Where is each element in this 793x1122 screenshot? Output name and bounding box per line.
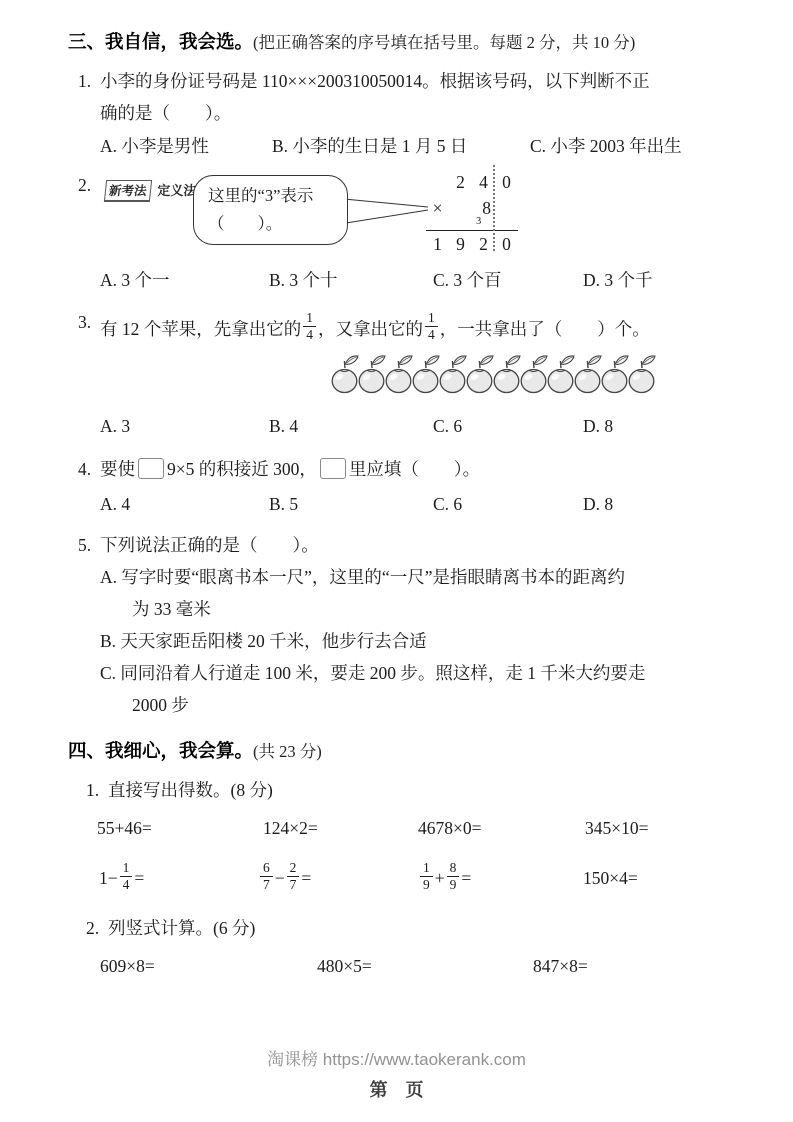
apple-icon <box>600 352 630 407</box>
question-3-seg3: ，一共拿出了（ ）个。 <box>440 316 650 341</box>
calc-row-3: 609×8= 480×5= 847×8= <box>68 950 743 982</box>
section4-q1-label: 1. 直接写出得数。(8 分) <box>68 774 743 806</box>
option-b: B. 小李的生日是 1 月 5 日 <box>272 131 530 161</box>
option-d: D. 3 个千 <box>583 265 743 295</box>
calc-expression: 609×8= <box>100 950 317 982</box>
question-3: 3. 有 12 个苹果，先拿出它的 14 ，又拿出它的 14 ，一共拿出了（ ）… <box>68 305 743 441</box>
apple-icon <box>330 352 360 407</box>
calc-expression: 124×2= <box>263 812 418 844</box>
calc-expression: 67−27= <box>258 862 418 894</box>
calc-expression: 55+46= <box>97 812 263 844</box>
blank-box <box>320 458 346 479</box>
apple-icon <box>546 352 576 407</box>
question-3-options: A. 3 B. 4 C. 6 D. 8 <box>68 411 743 441</box>
calc-expression: 345×10= <box>585 812 743 844</box>
calc-expression: 4678×0= <box>418 812 585 844</box>
mult-digit: 0 <box>495 231 518 257</box>
option-b: B. 4 <box>269 411 433 441</box>
mult-digit: 4 <box>472 169 495 195</box>
section3-subtitle: (把正确答案的序号填在括号里。每题 2 分，共 10 分) <box>253 33 635 52</box>
question-4-seg3: 里应填（ ）。 <box>349 459 480 479</box>
fraction: 19 <box>420 860 433 892</box>
question-3-seg1: 有 12 个苹果，先拿出它的 <box>100 316 301 341</box>
option-a: A. 小李是男性 <box>100 131 272 161</box>
option-d: D. 8 <box>583 489 743 519</box>
section4-subtitle: (共 23 分) <box>253 742 322 761</box>
question-5-option-a-line1: A. 写字时要“眼离书本一尺”，这里的“一尺”是指眼睛离书本的距离约 <box>68 561 743 593</box>
question-1: 1. 小李的身份证号码是 110×××200310050014。根据该号码，以下… <box>68 65 743 161</box>
apple-icon <box>519 352 549 407</box>
question-5-stem: 下列说法正确的是（ ）。 <box>100 535 319 555</box>
multiplication-work: 2 4 0 × 38 1 9 2 0 <box>426 169 518 257</box>
question-4-options: A. 4 B. 5 C. 6 D. 8 <box>68 489 743 519</box>
fraction: 89 <box>447 860 460 892</box>
mult-digit: 2 <box>449 169 472 195</box>
question-1-number: 1. <box>78 65 91 97</box>
option-b: B. 5 <box>269 489 433 519</box>
speech-bubble: 这里的“3”表示 （ ）。 <box>193 175 348 245</box>
question-4-seg2: 9×5 的积接近 300， <box>167 459 317 479</box>
blank-box <box>138 458 164 479</box>
fraction-one-fourth: 14 <box>425 310 438 342</box>
apple-icon <box>573 352 603 407</box>
bubble-pointer-lines <box>344 193 430 235</box>
apples-row <box>68 353 743 407</box>
question-2-options: A. 3 个一 B. 3 个十 C. 3 个百 D. 3 个千 <box>68 265 743 295</box>
section4-header: 四、我细心，我会算。(共 23 分) <box>68 735 743 768</box>
option-c: C. 小李 2003 年出生 <box>530 131 682 161</box>
section4-q2-text: 列竖式计算。(6 分) <box>108 918 255 938</box>
option-b: B. 3 个十 <box>269 265 433 295</box>
calc-row-2: 1−14= 67−27= 19+89= 150×4= <box>68 854 743 902</box>
apple-icon <box>411 352 441 407</box>
apple-icon <box>627 352 657 407</box>
place-value-dotted-line <box>493 165 495 251</box>
fraction: 14 <box>120 860 133 892</box>
section3-header: 三、我自信，我会选。(把正确答案的序号填在括号里。每题 2 分，共 10 分) <box>68 26 743 59</box>
section4-q1-number: 1. <box>86 774 99 806</box>
option-d: D. 8 <box>583 411 743 441</box>
question-5-option-c-line1: C. 同同沿着人行道走 100 米，要走 200 步。照这样，走 1 千米大约要… <box>68 657 743 689</box>
fraction: 67 <box>260 860 273 892</box>
calc-expression: 1−14= <box>99 862 258 894</box>
question-4-seg1: 要使 <box>100 459 135 479</box>
option-c: C. 3 个百 <box>433 265 583 295</box>
question-5-option-b: B. 天天家距岳阳楼 20 千米，他步行去合适 <box>68 625 743 657</box>
apple-icon <box>384 352 414 407</box>
footer-page-label: 第 页 <box>0 1076 793 1102</box>
section4-q2-number: 2. <box>86 912 99 944</box>
question-1-text-line2: 确的是（ ）。 <box>68 97 743 129</box>
mult-factor: 38 <box>472 195 495 230</box>
section3-title: 三、我自信，我会选。 <box>68 31 253 52</box>
question-1-text-line1: 小李的身份证号码是 110×××200310050014。根据该号码，以下判断不… <box>100 71 650 91</box>
option-a: A. 4 <box>100 489 269 519</box>
bubble-text-line1: 这里的“3”表示 <box>208 182 347 210</box>
option-a: A. 3 个一 <box>100 265 269 295</box>
badge-new-label: 新考法 <box>104 180 152 202</box>
option-a: A. 3 <box>100 411 269 441</box>
question-2: 2. 新考法 定义法 这里的“3”表示 （ ）。 2 4 0 <box>68 169 743 261</box>
badge-method-label: 定义法 <box>157 183 196 198</box>
option-c: C. 6 <box>433 411 583 441</box>
factor-digit: 8 <box>482 198 491 218</box>
question-4-number: 4. <box>78 453 91 485</box>
calc-expression: 847×8= <box>533 950 743 982</box>
worksheet-page: 三、我自信，我会选。(把正确答案的序号填在括号里。每题 2 分，共 10 分) … <box>0 0 793 1122</box>
carry-digit: 3 <box>476 216 481 227</box>
question-3-number: 3. <box>78 312 91 333</box>
fraction: 27 <box>287 860 300 892</box>
calc-expression: 19+89= <box>418 862 583 894</box>
question-5-number: 5. <box>78 529 91 561</box>
apple-icon <box>357 352 387 407</box>
question-5-option-a-line2: 为 33 毫米 <box>68 593 743 625</box>
footer-watermark: 淘课榜 https://www.taokerank.com <box>0 1045 793 1070</box>
apple-icon <box>438 352 468 407</box>
question-1-options: A. 小李是男性 B. 小李的生日是 1 月 5 日 C. 小李 2003 年出… <box>68 131 743 161</box>
section4-q1-text: 直接写出得数。(8 分) <box>108 780 273 800</box>
question-2-number: 2. <box>78 175 91 196</box>
question-3-seg2: ，又拿出它的 <box>318 316 423 341</box>
option-c: C. 6 <box>433 489 583 519</box>
mult-digit: 0 <box>495 169 518 195</box>
bubble-text-line2: （ ）。 <box>208 210 347 238</box>
question-5-option-c-line2: 2000 步 <box>68 689 743 721</box>
mult-digit: 9 <box>449 231 472 257</box>
apple-icon <box>465 352 495 407</box>
mult-digit: 2 <box>472 231 495 257</box>
apple-icon <box>492 352 522 407</box>
section4-title: 四、我细心，我会算。 <box>68 740 253 761</box>
calc-expression: 480×5= <box>317 950 533 982</box>
new-method-badge: 新考法 定义法 <box>105 179 196 202</box>
question-4: 4. 要使9×5 的积接近 300，里应填（ ）。 A. 4 B. 5 C. 6… <box>68 453 743 519</box>
question-5: 5. 下列说法正确的是（ ）。 A. 写字时要“眼离书本一尺”，这里的“一尺”是… <box>68 529 743 721</box>
section4-q2-label: 2. 列竖式计算。(6 分) <box>68 912 743 944</box>
calc-expression: 150×4= <box>583 868 743 889</box>
calc-row-1: 55+46= 124×2= 4678×0= 345×10= <box>68 812 743 844</box>
fraction-one-fourth: 14 <box>303 310 316 342</box>
